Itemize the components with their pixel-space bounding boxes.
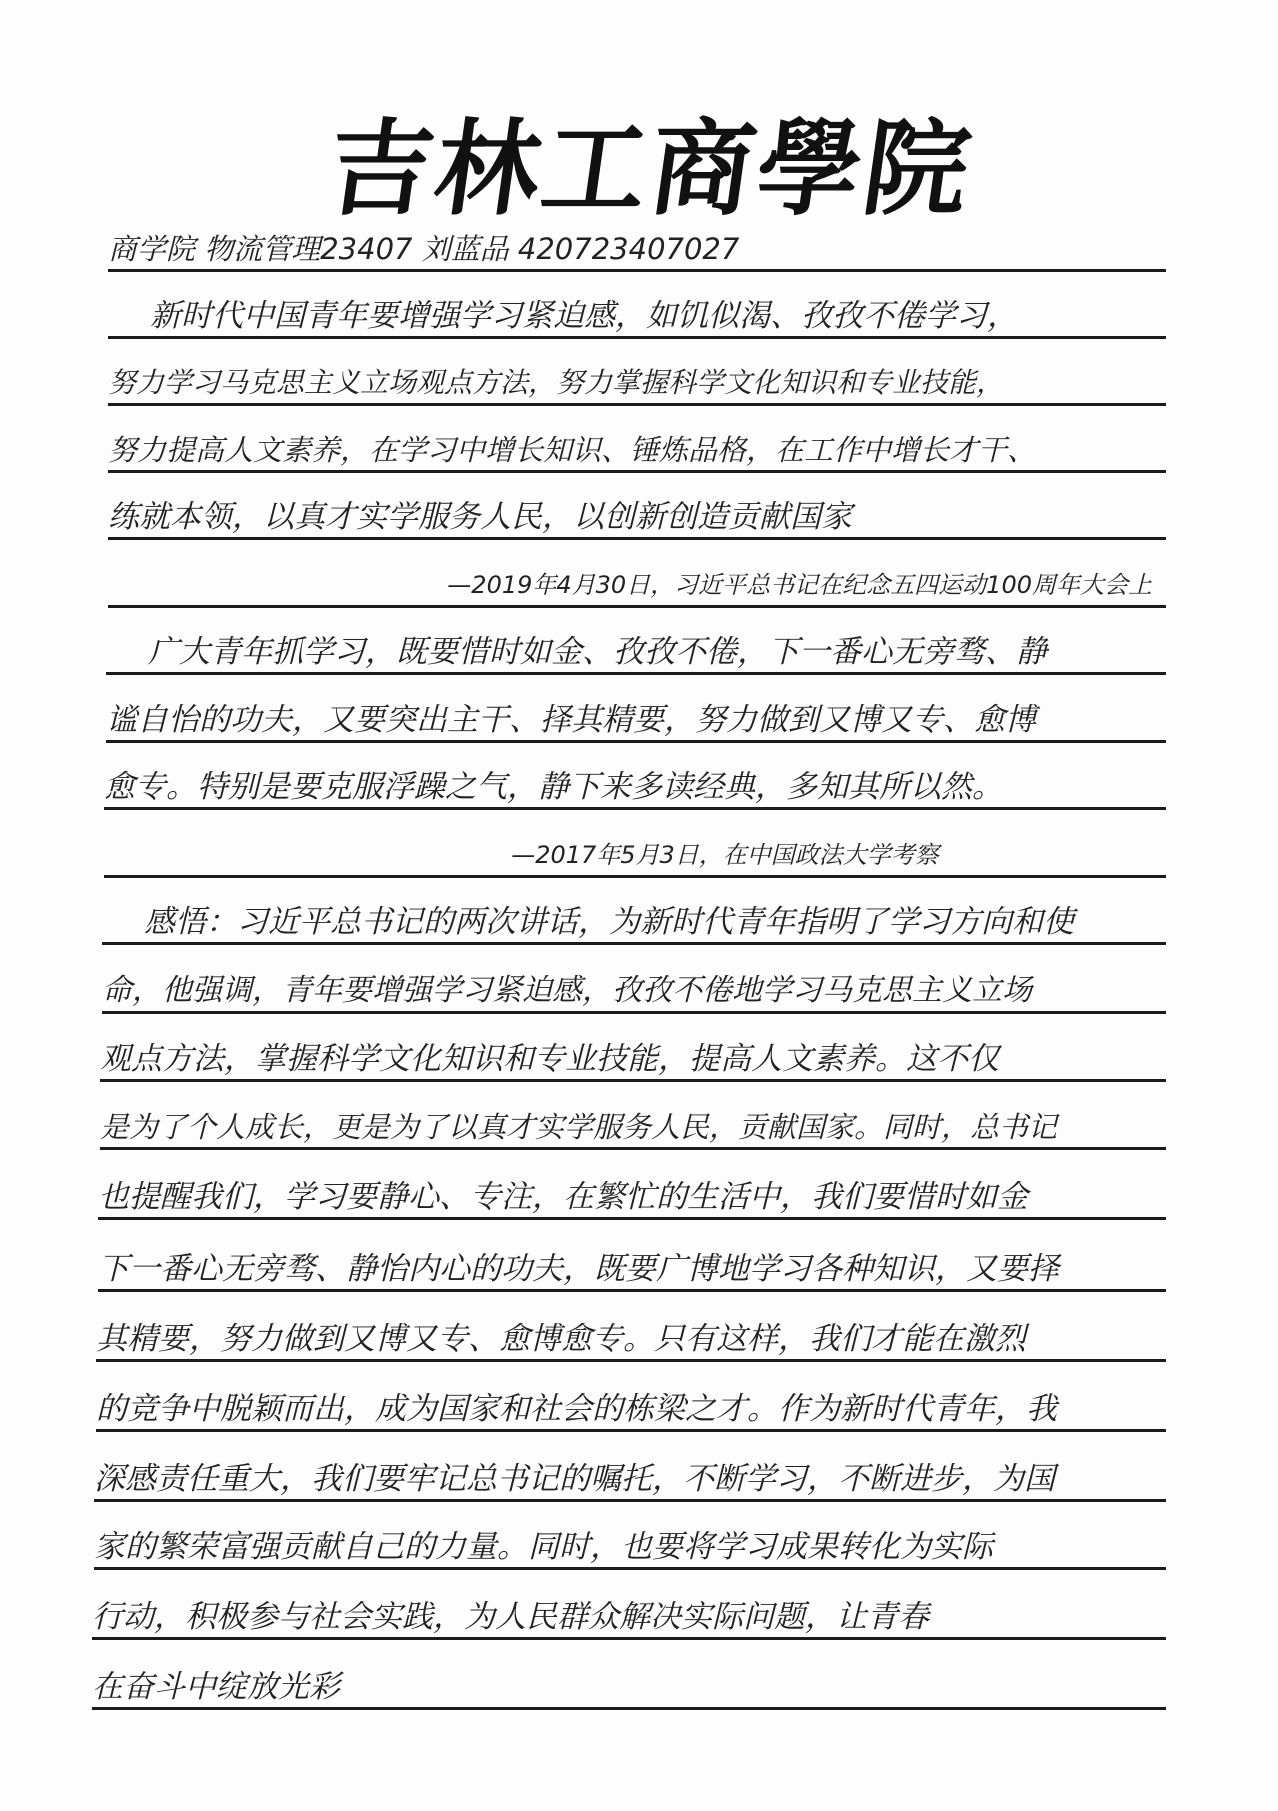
student-info: 商学院 物流管理23407 刘蓝品 420723407027 [108, 231, 739, 267]
title-char: 工 [534, 85, 659, 235]
quote1-line: 练就本领，以真才实学服务人民，以创新创造贡献国家 [108, 500, 1166, 540]
text-line: 广大青年抓学习，既要惜时如金、孜孜不倦，下一番心无旁骛、静 [148, 634, 1047, 670]
reflection-line: 是为了个人成长，更是为了以真才实学服务人民，贡献国家。同时，总书记 [100, 1110, 1166, 1150]
title-char: 院 [855, 85, 980, 235]
text-line: 的竞争中脱颖而出，成为国家和社会的栋梁之才。作为新时代青年，我 [96, 1391, 1057, 1427]
quote1-line: 新时代中国青年要增强学习紧迫感，如饥似渴、孜孜不倦学习， [108, 299, 1166, 339]
text-line: 下一番心无旁骛、静怡内心的功夫，既要广博地学习各种知识，又要择 [98, 1251, 1059, 1287]
reflection-line: 下一番心无旁骛、静怡内心的功夫，既要广博地学习各种知识，又要择 [98, 1252, 1166, 1292]
text-line: 深感责任重大，我们要牢记总书记的嘱托，不断学习，不断进步，为国 [94, 1461, 1055, 1497]
text-line: 感悟：习近平总书记的两次讲话，为新时代青年指明了学习方向和使 [144, 904, 1074, 940]
page-title: 吉 林 工 商 學 院 [322, 100, 979, 220]
quote2-line: 愈专。特别是要克服浮躁之气，静下来多读经典，多知其所以然。 [104, 770, 1166, 810]
text-line: 其精要，努力做到又博又专、愈博愈专。只有这样，我们才能在激烈 [96, 1321, 1026, 1357]
text-line: 命，他强调，青年要增强学习紧迫感，孜孜不倦地学习马克思主义立场 [102, 973, 1032, 1009]
text-line: 也提醒我们，学习要静心、专注，在繁忙的生活中，我们要惜时如金 [98, 1179, 1028, 1215]
reflection-line: 也提醒我们，学习要静心、专注，在繁忙的生活中，我们要惜时如金 [98, 1180, 1166, 1220]
reflection-line: 感悟：习近平总书记的两次讲话，为新时代青年指明了学习方向和使 [102, 905, 1166, 945]
quote2-attribution: —2017年5月3日，在中国政法大学考察 [104, 838, 1166, 878]
text-line: 在奋斗中绽放光彩 [92, 1669, 340, 1705]
text-line: 是为了个人成长，更是为了以真才实学服务人民，贡献国家。同时，总书记 [100, 1109, 1057, 1145]
quote2-line: 谧自怡的功夫，又要突出主干、择其精要，努力做到又博又专、愈博 [106, 703, 1166, 743]
quote1-line: 努力学习马克思主义立场观点方法，努力掌握科学文化知识和专业技能， [108, 366, 1166, 406]
reflection-line: 在奋斗中绽放光彩 [92, 1670, 1166, 1710]
quote1-line: 努力提高人文素养，在学习中增长知识、锤炼品格，在工作中增长才干、 [108, 433, 1166, 473]
attribution-text: —2019年4月30日，习近平总书记在纪念五四运动100周年大会上 [447, 567, 1152, 603]
reflection-line: 其精要，努力做到又博又专、愈博愈专。只有这样，我们才能在激烈 [96, 1322, 1166, 1362]
reflection-line: 家的繁荣富强贡献自己的力量。同时，也要将学习成果转化为实际 [94, 1530, 1166, 1570]
text-line: 新时代中国青年要增强学习紧迫感，如饥似渴、孜孜不倦学习， [150, 298, 1018, 334]
text-line: 努力学习马克思主义立场观点方法，努力掌握科学文化知识和专业技能， [108, 365, 1004, 401]
handwritten-page: 吉 林 工 商 學 院 商学院 物流管理23407 刘蓝品 4207234070… [0, 0, 1278, 1811]
text-line: 愈专。特别是要克服浮躁之气，静下来多读经典，多知其所以然。 [104, 769, 1003, 805]
quote2-line: 广大青年抓学习，既要惜时如金、孜孜不倦，下一番心无旁骛、静 [106, 635, 1166, 675]
text-line: 观点方法，掌握科学文化知识和专业技能，提高人文素养。这不仅 [100, 1041, 999, 1077]
attribution-text: —2017年5月3日，在中国政法大学考察 [511, 837, 939, 873]
student-info-line: 商学院 物流管理23407 刘蓝品 420723407027 [108, 232, 1166, 272]
text-line: 谧自怡的功夫，又要突出主干、择其精要，努力做到又博又专、愈博 [106, 702, 1036, 738]
reflection-line: 观点方法，掌握科学文化知识和专业技能，提高人文素养。这不仅 [100, 1042, 1166, 1082]
text-line: 努力提高人文素养，在学习中增长知识、锤炼品格，在工作中增长才干、 [108, 432, 1036, 468]
quote1-attribution: —2019年4月30日，习近平总书记在纪念五四运动100周年大会上 [108, 568, 1166, 608]
reflection-line: 行动，积极参与社会实践，为人民群众解决实际问题，让青春 [92, 1600, 1166, 1640]
text-line: 家的繁荣富强贡献自己的力量。同时，也要将学习成果转化为实际 [94, 1529, 993, 1565]
title-char: 商 [641, 85, 766, 235]
text-line: 行动，积极参与社会实践，为人民群众解决实际问题，让青春 [92, 1599, 929, 1635]
title-char: 林 [427, 85, 552, 235]
title-char: 學 [748, 85, 873, 235]
reflection-line: 深感责任重大，我们要牢记总书记的嘱托，不断学习，不断进步，为国 [94, 1462, 1166, 1502]
title-char: 吉 [319, 85, 444, 235]
reflection-line: 的竞争中脱颖而出，成为国家和社会的栋梁之才。作为新时代青年，我 [96, 1392, 1166, 1432]
reflection-line: 命，他强调，青年要增强学习紧迫感，孜孜不倦地学习马克思主义立场 [102, 974, 1166, 1014]
text-line: 练就本领，以真才实学服务人民，以创新创造贡献国家 [108, 499, 852, 535]
